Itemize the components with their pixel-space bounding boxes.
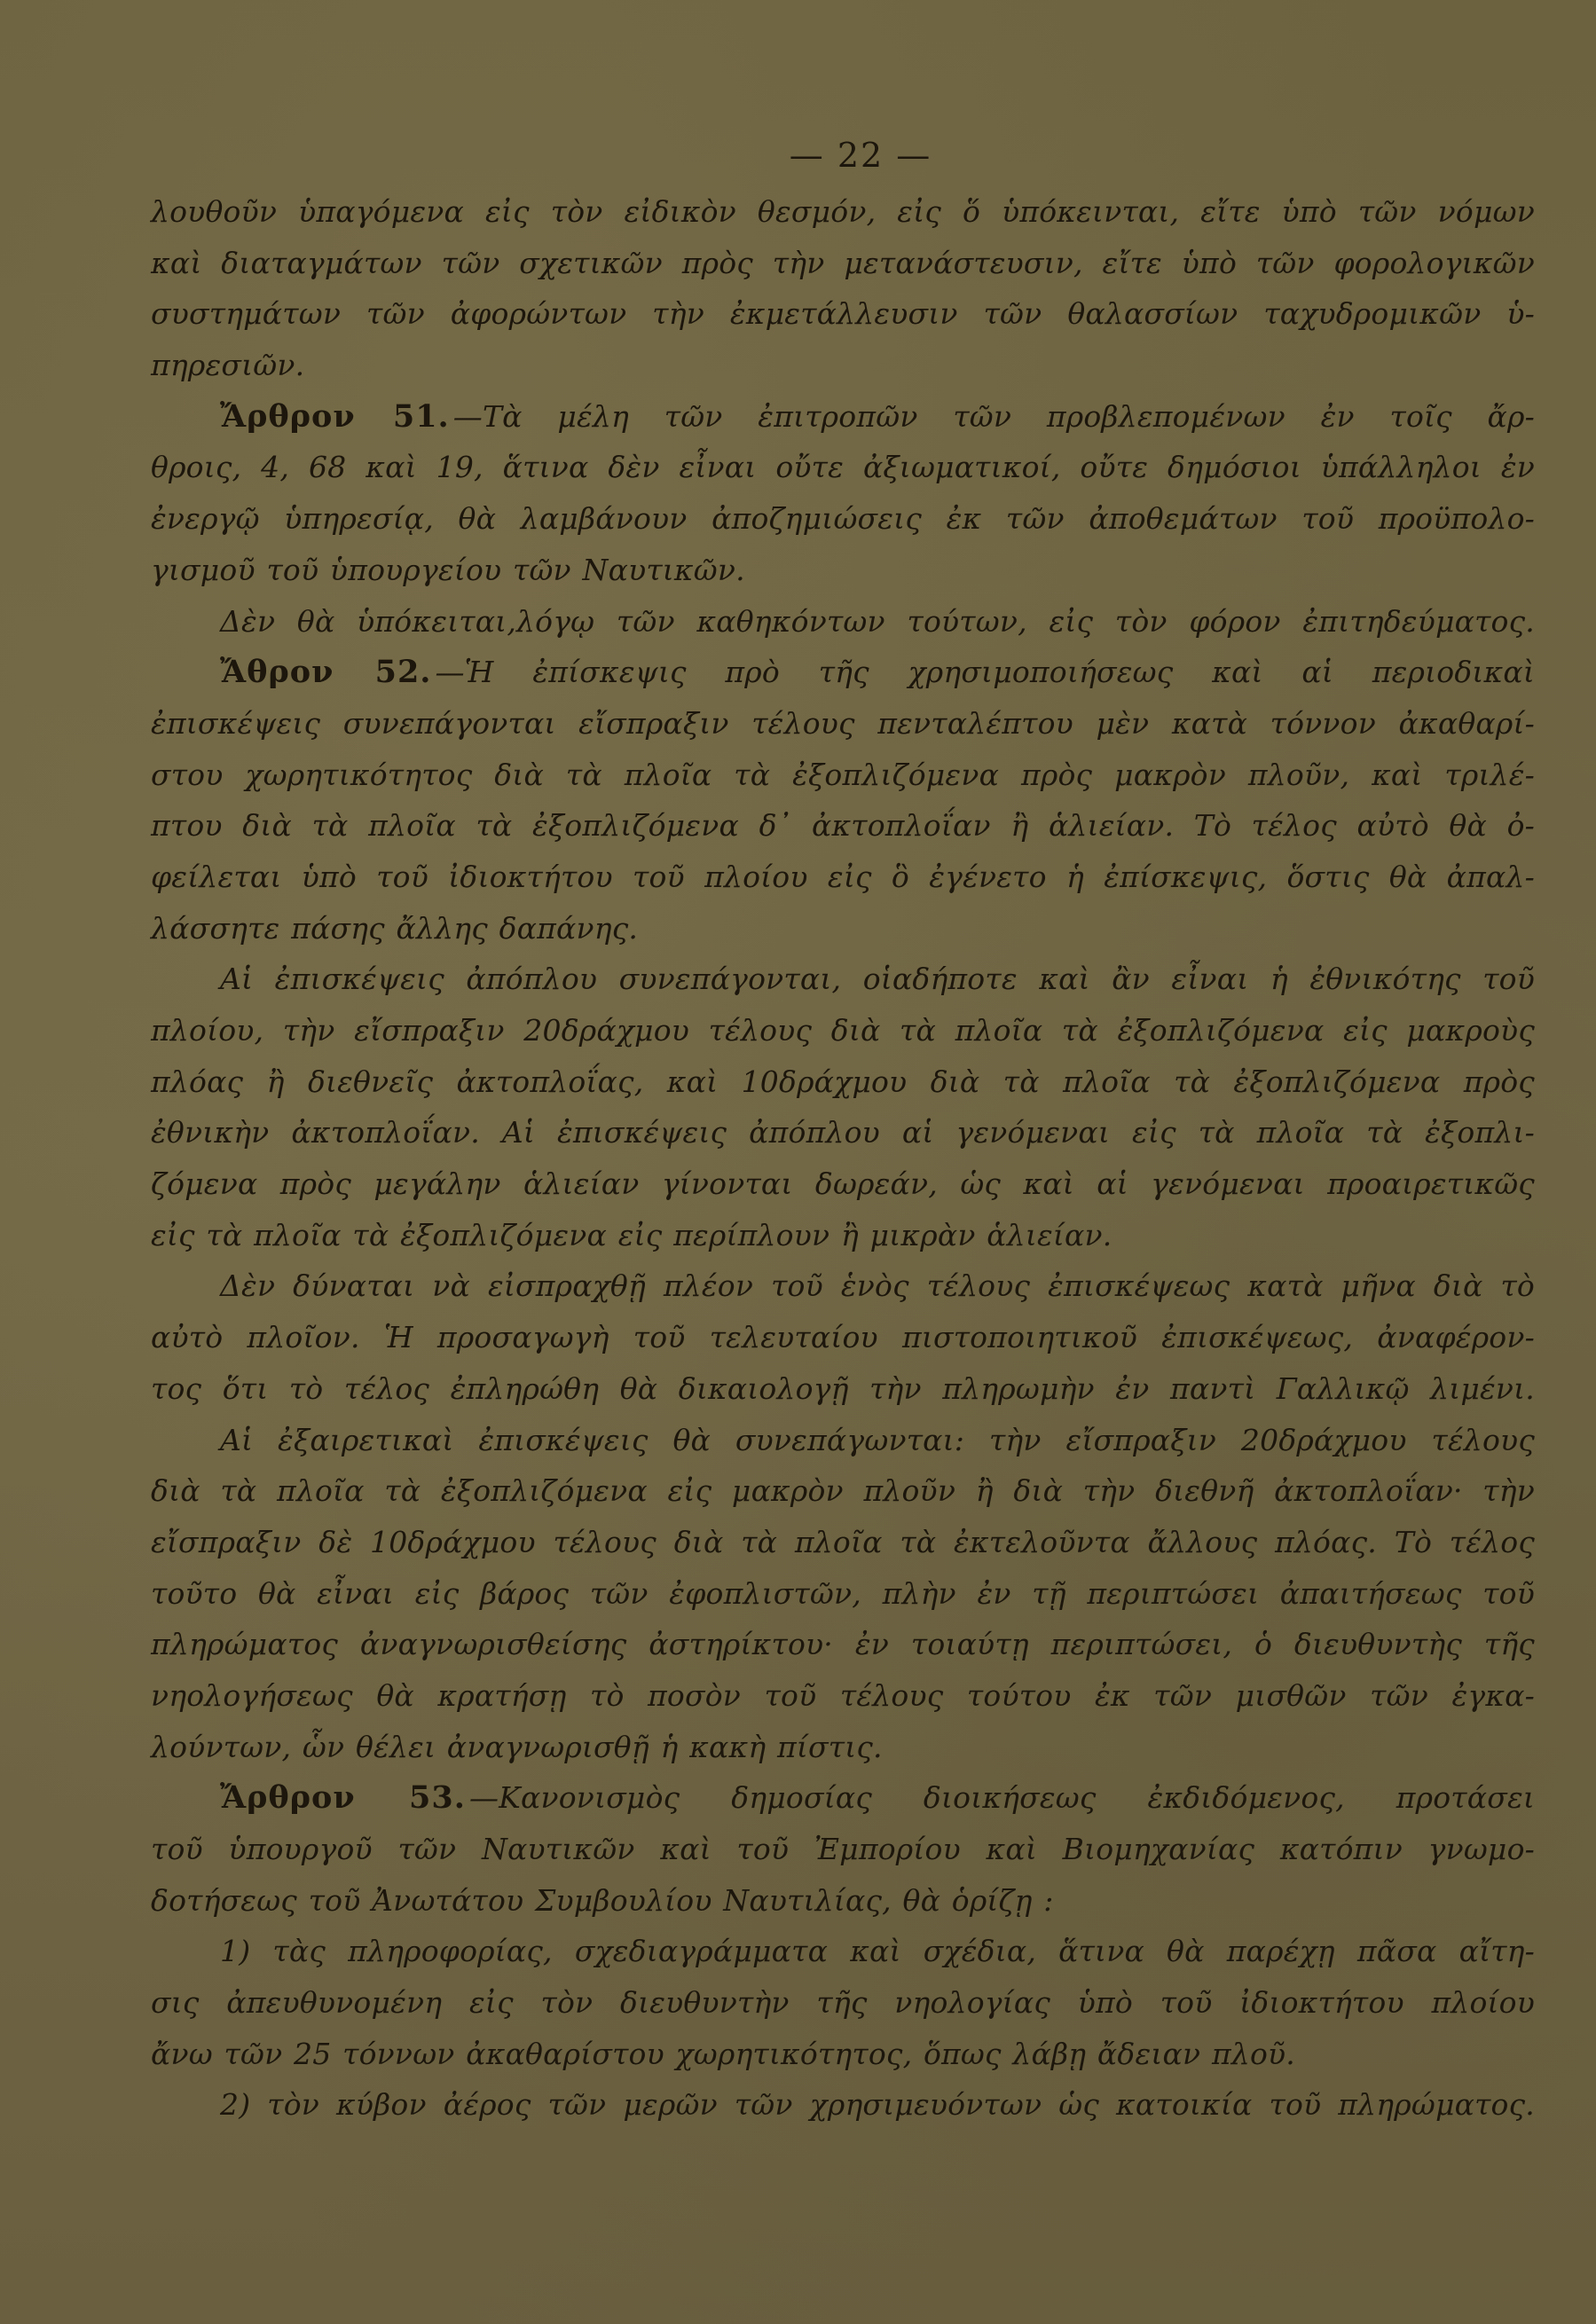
line-text: Δὲν θὰ ὑπόκειται,λόγῳ τῶν καθηκόντων τού…: [220, 604, 1535, 639]
line-text: νηολογήσεως θὰ κρατήσῃ τὸ ποσὸν τοῦ τέλο…: [151, 1678, 1535, 1713]
text-line: διὰ τὰ πλοῖα τὰ ἐξοπλιζόμενα εἰς μακρὸν …: [151, 1465, 1535, 1517]
article-heading-line: Ἄρθρον 53.—Κανονισμὸς δημοσίας διοικήσεω…: [151, 1772, 1535, 1824]
line-text: ἐνεργῷ ὑπηρεσίᾳ, θὰ λαμβάνουν ἀποζημιώσε…: [151, 501, 1535, 536]
line-text: 1) τὰς πληροφορίας, σχεδιαγράμματα καὶ σ…: [220, 1934, 1535, 1968]
line-text: Δὲν δύναται νὰ εἰσπραχθῇ πλέον τοῦ ἑνὸς …: [220, 1268, 1535, 1303]
text-line: πτου διὰ τὰ πλοῖα τὰ ἐξοπλιζόμενα δ᾽ ἀκτ…: [151, 800, 1535, 852]
line-text: πλοίου, τὴν εἴσπραξιν 20δράχμου τέλους δ…: [151, 1013, 1535, 1048]
line-text: πηρεσιῶν.: [151, 348, 304, 382]
text-line: λάσσητε πάσης ἄλλης δαπάνης.: [151, 903, 1535, 954]
line-text: αὐτὸ πλοῖον. Ἡ προσαγωγὴ τοῦ τελευταίου …: [151, 1320, 1535, 1354]
text-line: θροις, 4, 68 καὶ 19, ἅτινα δὲν εἶναι οὔτ…: [151, 442, 1535, 493]
article-heading-line: Ἄθρον 52.—Ἡ ἐπίσκεψις πρὸ τῆς χρησιμοποι…: [151, 647, 1535, 698]
line-text: Αἱ ἐπισκέψεις ἀπόπλου συνεπάγονται, οἱαδ…: [220, 962, 1535, 996]
line-text: συστημάτων τῶν ἀφορώντων τὴν ἐκμετάλλευσ…: [151, 296, 1535, 331]
line-text: —Ἡ ἐπίσκεψις πρὸ τῆς χρησιμοποιήσεως καὶ…: [435, 655, 1535, 689]
line-text: λούντων, ὧν θέλει ἀναγνωρισθῇ ἡ κακὴ πίσ…: [151, 1730, 883, 1764]
line-text: ἐθνικὴν ἀκτοπλοΐαν. Αἱ ἐπισκέψεις ἀπόπλο…: [151, 1115, 1535, 1150]
line-text: 2) τὸν κύβον ἀέρος τῶν μερῶν τῶν χρησιμε…: [220, 2087, 1535, 2122]
document-body: λουθοῦν ὑπαγόμενα εἰς τὸν εἰδικὸν θεσμόν…: [151, 186, 1535, 2131]
line-text: εἴσπραξιν δὲ 10δράχμου τέλους διὰ τὰ πλο…: [151, 1525, 1535, 1559]
line-text: πτου διὰ τὰ πλοῖα τὰ ἐξοπλιζόμενα δ᾽ ἀκτ…: [151, 808, 1535, 843]
text-line: καὶ διαταγμάτων τῶν σχετικῶν πρὸς τὴν με…: [151, 238, 1535, 289]
text-line: συστημάτων τῶν ἀφορώντων τὴν ἐκμετάλλευσ…: [151, 288, 1535, 340]
text-line: εἰς τὰ πλοῖα τὰ ἐξοπλιζόμενα εἰς περίπλο…: [151, 1210, 1535, 1261]
line-text: πληρώματος ἀναγνωρισθείσης ἀστηρίκτου· ἐ…: [151, 1627, 1535, 1661]
article-number: Ἄθρον 52.: [220, 654, 431, 690]
text-line: αὐτὸ πλοῖον. Ἡ προσαγωγὴ τοῦ τελευταίου …: [151, 1312, 1535, 1363]
text-line: δοτήσεως τοῦ Ἀνωτάτου Συμβουλίου Ναυτιλί…: [151, 1875, 1535, 1927]
line-text: πλόας ἢ διεθνεῖς ἀκτοπλοΐας, καὶ 10δράχμ…: [151, 1064, 1535, 1099]
line-text: στου χωρητικότητος διὰ τὰ πλοῖα τὰ ἐξοπλ…: [151, 758, 1535, 792]
line-text: δοτήσεως τοῦ Ἀνωτάτου Συμβουλίου Ναυτιλί…: [151, 1883, 1054, 1918]
text-line: πηρεσιῶν.: [151, 340, 1535, 391]
text-line: σις ἀπευθυνομένη εἰς τὸν διευθυντὴν τῆς …: [151, 1977, 1535, 2029]
line-text: —Τὰ μέλη τῶν ἐπιτροπῶν τῶν προβλεπομένων…: [453, 399, 1535, 434]
line-text: τος ὅτι τὸ τέλος ἐπληρώθη θὰ δικαιολογῇ …: [151, 1371, 1535, 1406]
text-line: 1) τὰς πληροφορίας, σχεδιαγράμματα καὶ σ…: [151, 1926, 1535, 1977]
line-text: —Κανονισμὸς δημοσίας διοικήσεως ἐκδιδόμε…: [469, 1780, 1535, 1815]
line-text: διὰ τὰ πλοῖα τὰ ἐξοπλιζόμενα εἰς μακρὸν …: [151, 1473, 1535, 1508]
text-line: ἐπισκέψεις συνεπάγονται εἴσπραξιν τέλους…: [151, 698, 1535, 750]
text-line: τοῦ ὑπουργοῦ τῶν Ναυτικῶν καὶ τοῦ Ἐμπορί…: [151, 1824, 1535, 1875]
line-text: λάσσητε πάσης ἄλλης δαπάνης.: [151, 911, 638, 946]
text-line: ἄνω τῶν 25 τόννων ἀκαθαρίστου χωρητικότη…: [151, 2029, 1535, 2080]
line-text: τοῦτο θὰ εἶναι εἰς βάρος τῶν ἐφοπλιστῶν,…: [151, 1576, 1535, 1611]
text-line: τος ὅτι τὸ τέλος ἐπληρώθη θὰ δικαιολογῇ …: [151, 1363, 1535, 1415]
text-line: λούντων, ὧν θέλει ἀναγνωρισθῇ ἡ κακὴ πίσ…: [151, 1722, 1535, 1773]
article-heading-line: Ἄρθρον 51.—Τὰ μέλη τῶν ἐπιτροπῶν τῶν προ…: [151, 391, 1535, 443]
line-text: γισμοῦ τοῦ ὑπουργείου τῶν Ναυτικῶν.: [151, 553, 745, 587]
line-text: ζόμενα πρὸς μεγάλην ἁλιείαν γίνονται δωρ…: [151, 1166, 1535, 1201]
text-line: φείλεται ὑπὸ τοῦ ἰδιοκτήτου τοῦ πλοίου ε…: [151, 852, 1535, 903]
line-text: τοῦ ὑπουργοῦ τῶν Ναυτικῶν καὶ τοῦ Ἐμπορί…: [151, 1832, 1535, 1866]
line-text: ἄνω τῶν 25 τόννων ἀκαθαρίστου χωρητικότη…: [151, 2037, 1295, 2071]
line-text: θροις, 4, 68 καὶ 19, ἅτινα δὲν εἶναι οὔτ…: [151, 450, 1535, 484]
text-line: ζόμενα πρὸς μεγάλην ἁλιείαν γίνονται δωρ…: [151, 1158, 1535, 1210]
text-line: Αἱ ἐξαιρετικαὶ ἐπισκέψεις θὰ συνεπάγωντα…: [151, 1415, 1535, 1466]
text-line: 2) τὸν κύβον ἀέρος τῶν μερῶν τῶν χρησιμε…: [151, 2079, 1535, 2131]
text-line: πλόας ἢ διεθνεῖς ἀκτοπλοΐας, καὶ 10δράχμ…: [151, 1056, 1535, 1108]
text-line: Δὲν θὰ ὑπόκειται,λόγῳ τῶν καθηκόντων τού…: [151, 596, 1535, 648]
document-page: — 22 — λουθοῦν ὑπαγόμενα εἰς τὸν εἰδικὸν…: [151, 124, 1535, 2131]
text-line: νηολογήσεως θὰ κρατήσῃ τὸ ποσὸν τοῦ τέλο…: [151, 1670, 1535, 1722]
article-number: Ἄρθρον 51.: [220, 398, 450, 435]
text-line: λουθοῦν ὑπαγόμενα εἰς τὸν εἰδικὸν θεσμόν…: [151, 186, 1535, 238]
article-number: Ἄρθρον 53.: [220, 1779, 466, 1816]
line-text: φείλεται ὑπὸ τοῦ ἰδιοκτήτου τοῦ πλοίου ε…: [151, 860, 1535, 894]
line-text: ἐπισκέψεις συνεπάγονται εἴσπραξιν τέλους…: [151, 706, 1535, 741]
line-text: σις ἀπευθυνομένη εἰς τὸν διευθυντὴν τῆς …: [151, 1985, 1535, 2020]
line-text: εἰς τὰ πλοῖα τὰ ἐξοπλιζόμενα εἰς περίπλο…: [151, 1218, 1112, 1252]
line-text: λουθοῦν ὑπαγόμενα εἰς τὸν εἰδικὸν θεσμόν…: [151, 194, 1535, 229]
text-line: πλοίου, τὴν εἴσπραξιν 20δράχμου τέλους δ…: [151, 1005, 1535, 1056]
line-text: Αἱ ἐξαιρετικαὶ ἐπισκέψεις θὰ συνεπάγωντα…: [220, 1423, 1535, 1457]
line-text: καὶ διαταγμάτων τῶν σχετικῶν πρὸς τὴν με…: [151, 246, 1535, 280]
text-line: ἐνεργῷ ὑπηρεσίᾳ, θὰ λαμβάνουν ἀποζημιώσε…: [151, 493, 1535, 545]
text-line: ἐθνικὴν ἀκτοπλοΐαν. Αἱ ἐπισκέψεις ἀπόπλο…: [151, 1107, 1535, 1158]
text-line: γισμοῦ τοῦ ὑπουργείου τῶν Ναυτικῶν.: [151, 545, 1535, 596]
text-line: στου χωρητικότητος διὰ τὰ πλοῖα τὰ ἐξοπλ…: [151, 750, 1535, 801]
text-line: Αἱ ἐπισκέψεις ἀπόπλου συνεπάγονται, οἱαδ…: [151, 954, 1535, 1005]
text-line: Δὲν δύναται νὰ εἰσπραχθῇ πλέον τοῦ ἑνὸς …: [151, 1260, 1535, 1312]
text-line: εἴσπραξιν δὲ 10δράχμου τέλους διὰ τὰ πλο…: [151, 1517, 1535, 1568]
page-number: — 22 —: [186, 124, 1535, 186]
text-line: τοῦτο θὰ εἶναι εἰς βάρος τῶν ἐφοπλιστῶν,…: [151, 1568, 1535, 1620]
text-line: πληρώματος ἀναγνωρισθείσης ἀστηρίκτου· ἐ…: [151, 1619, 1535, 1670]
